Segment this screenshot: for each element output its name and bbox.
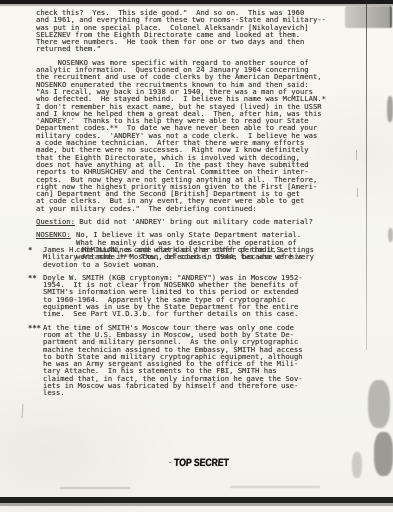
scan-artifact-bottom-edge-shadow (0, 503, 393, 506)
scan-artifact-smear (230, 486, 320, 488)
question-text: But did not 'ANDREY' bring out military … (75, 217, 313, 226)
scan-artifact-pencil-mark (357, 188, 358, 197)
scan-artifact-top-edge-shadow (0, 4, 393, 6)
top-secret-classification-stamp: TOP SECRET (174, 457, 229, 469)
scan-artifact-blotch (374, 432, 393, 476)
paragraph-continuation: check this? Yes. This side good." And so… (36, 9, 356, 53)
document-body: check this? Yes. This side good." And so… (36, 9, 356, 269)
footnote-marker: *** (28, 324, 43, 397)
scan-artifact-blotch (352, 452, 362, 478)
scan-artifact-smear (60, 487, 130, 489)
paragraph-nosenko-statement: NOSENKO was more specific with regard to… (36, 59, 356, 212)
footnote-text: Doyle W. SMITH (KGB cryptonym: "ANDREY")… (43, 274, 303, 318)
footnote-marker: ** (28, 274, 43, 318)
footnote-text: James H. McMILLAN, a code clerk on the s… (43, 246, 303, 268)
scan-artifact-blotch (388, 228, 393, 242)
footnote-marker: * (28, 246, 43, 268)
footnote-smith-andrey: ** Doyle W. SMITH (KGB cryptonym: "ANDRE… (28, 274, 358, 318)
scan-artifact-blotch (368, 380, 390, 428)
footnotes-section: * James H. McMILLAN, a code clerk on the… (28, 246, 358, 403)
scan-artifact-blotch (387, 96, 393, 122)
scan-artifact-page-edge-line (366, 0, 367, 350)
footnote-text: At the time of SMITH's Moscow tour there… (43, 324, 303, 397)
question-label: Question: (36, 217, 75, 226)
question-line: Question: But did not 'ANDREY' bring out… (36, 218, 356, 225)
scan-artifact-pencil-mark (356, 150, 357, 160)
footnote-mcmillan: * James H. McMILLAN, a code clerk on the… (28, 246, 358, 268)
footnote-code-room: *** At the time of SMITH's Moscow tour t… (28, 324, 358, 397)
